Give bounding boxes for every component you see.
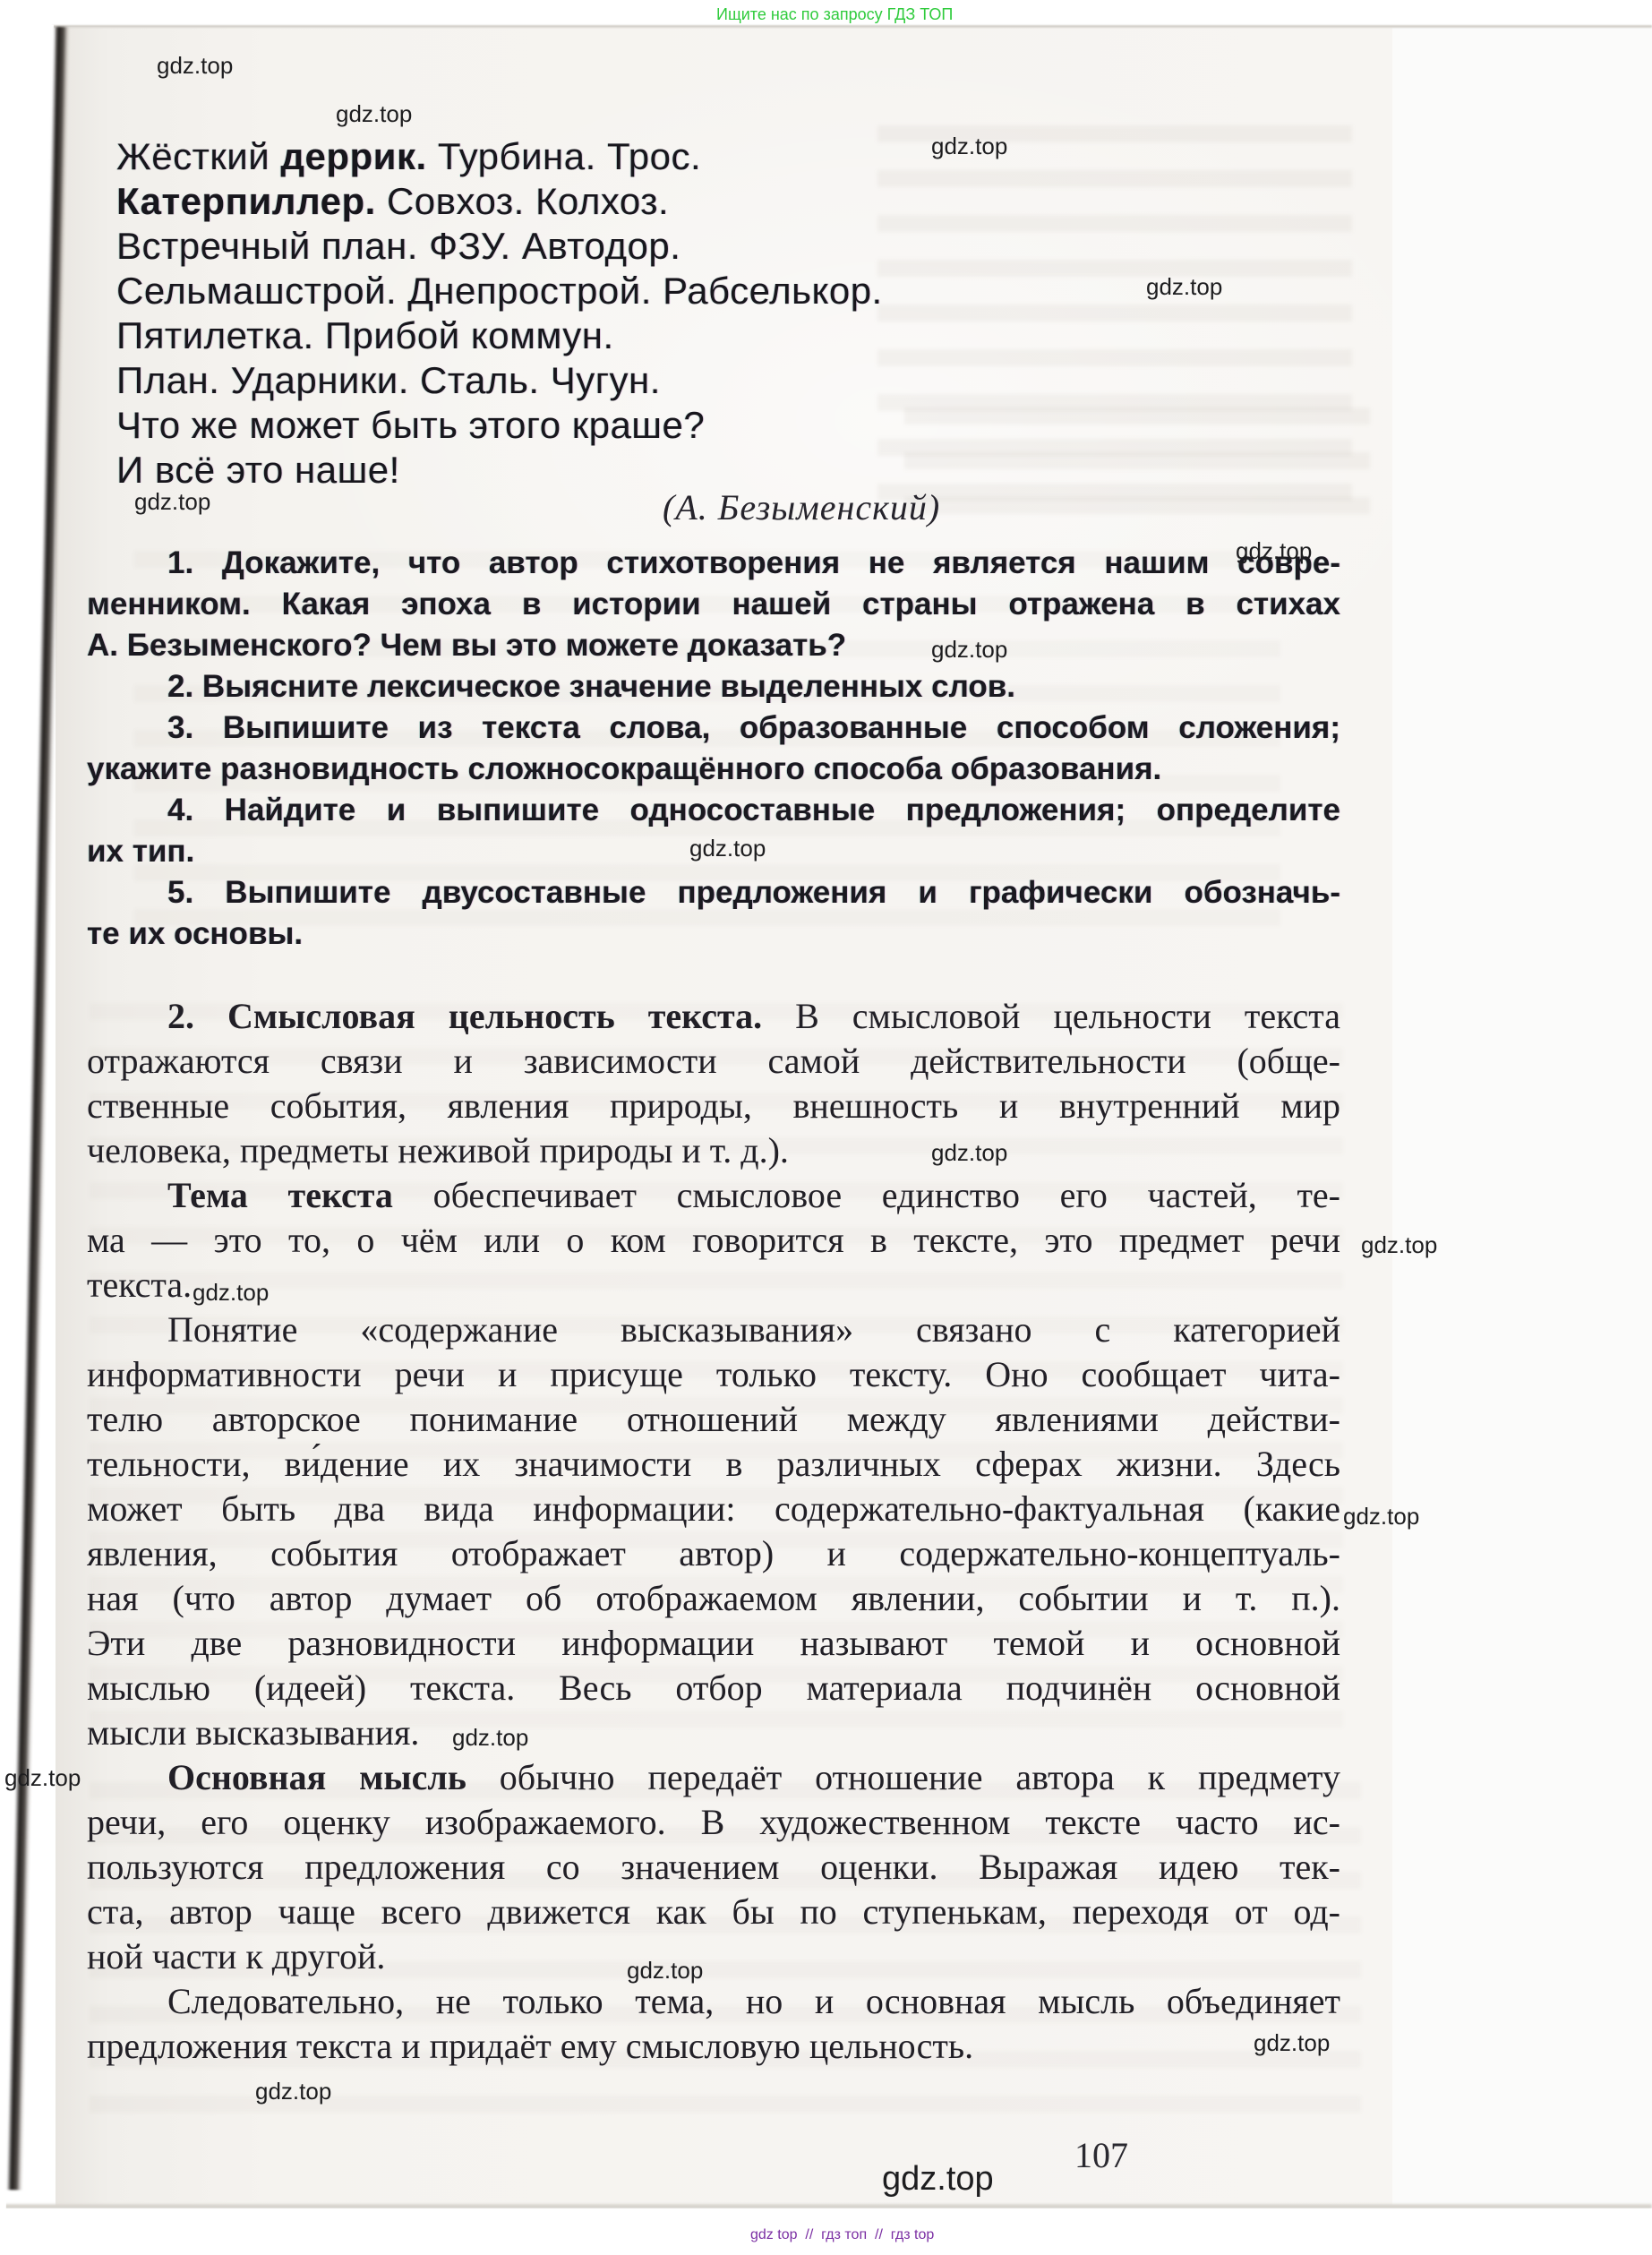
gdz-watermark: gdz.top (1343, 1503, 1419, 1530)
text-segment: мысли высказывания. (87, 1712, 419, 1753)
text-line: пользуются предложения со значением оцен… (87, 1845, 1340, 1890)
text-line: А. Безыменского? Чем вы это можете доказ… (87, 625, 1340, 666)
text-line: Эти две разновидности информации называю… (87, 1621, 1340, 1666)
poem: Жёсткий деррик. Турбина. Трос.Катерпилле… (116, 134, 1101, 493)
promo-banner: Ищите нас по запросу ГДЗ ТОП (716, 5, 953, 24)
text-segment: Найдите и выпишите односоставные предлож… (193, 793, 1340, 827)
highlighted-word: 3. (167, 710, 193, 745)
gdz-watermark: gdz.top (134, 488, 210, 516)
text-segment: явления, события отображает автор) и сод… (87, 1533, 1340, 1573)
text-line: те их основы. (87, 913, 1340, 955)
text-line: мысли высказывания. (87, 1711, 1340, 1755)
text-segment: Понятие «содержание высказывания» связан… (167, 1309, 1340, 1350)
text-line: мыслью (идеей) текста. Весь отбор матери… (87, 1666, 1340, 1711)
gdz-watermark: gdz.top (452, 1724, 528, 1752)
text-segment: обеспечивает смысловое единство его част… (393, 1175, 1340, 1215)
gdz-watermark: gdz.top (1254, 2029, 1330, 2057)
text-segment: Выпишите из текста слова, образованные с… (193, 710, 1340, 745)
text-segment: План. Ударники. Сталь. Чугун. (116, 359, 661, 401)
page-number: 107 (1074, 2134, 1128, 2176)
text-segment: А. Безыменского? Чем вы это можете доказ… (87, 628, 846, 663)
text-segment: Докажите, что автор стихотворения не явл… (193, 545, 1340, 580)
text-segment: Пятилетка. Прибой коммун. (116, 314, 614, 356)
text-segment: Что же может быть этого краше? (116, 404, 705, 446)
text-segment: Следовательно, не только тема, но и осно… (167, 1981, 1340, 2021)
text-segment: обычно передаёт отношение автора к предм… (466, 1757, 1340, 1797)
text-segment: отражаются связи и зависимости самой дей… (87, 1041, 1340, 1081)
text-line: тельности, ви́дение их значимости в разл… (87, 1442, 1340, 1487)
text-segment: ная (что автор думает об отображаемом яв… (87, 1578, 1340, 1618)
text-segment: ма — это то, о чём или о ком говорится в… (87, 1220, 1340, 1260)
text-segment: Турбина. Трос. (427, 135, 701, 177)
text-line: План. Ударники. Сталь. Чугун. (116, 358, 1101, 403)
paper-right-margin (1392, 28, 1652, 2206)
text-segment: мыслью (идеей) текста. Весь отбор матери… (87, 1668, 1340, 1708)
text-segment: пользуются предложения со значением оцен… (87, 1847, 1340, 1887)
text-line: явления, события отображает автор) и сод… (87, 1531, 1340, 1576)
gdz-watermark: gdz.top (931, 636, 1007, 664)
text-segment: И всё это наше! (116, 449, 400, 491)
text-segment: В смысловой цельности текста (762, 996, 1340, 1036)
gdz-watermark: gdz.top (255, 2078, 331, 2105)
text-line: 2. Выясните лексическое значение выделен… (87, 666, 1340, 707)
text-line: предложения текста и придаёт ему смыслов… (87, 2024, 1340, 2069)
text-line: ной части к другой. (87, 1934, 1340, 1979)
text-line: Тема текста обеспечивает смысловое единс… (87, 1173, 1340, 1218)
text-line: Сельмашстрой. Днепрострой. Рабселькор. (116, 269, 1101, 313)
gdz-watermark: gdz.top (157, 52, 233, 80)
highlighted-word: 2. (167, 669, 193, 704)
text-segment: Выясните лексическое значение выделенных… (193, 669, 1015, 704)
text-segment: человека, предметы неживой природы и т. … (87, 1130, 789, 1170)
gdz-watermark: gdz.top (931, 1139, 1007, 1167)
text-line: менником. Какая эпоха в истории нашей ст… (87, 584, 1340, 625)
text-line: человека, предметы неживой природы и т. … (87, 1128, 1340, 1173)
text-segment: ственные события, явления природы, внешн… (87, 1085, 1340, 1126)
text-segment: тельности, ви́дение их значимости в разл… (87, 1444, 1340, 1484)
gdz-watermark: gdz.top (931, 133, 1007, 160)
text-line: Понятие «содержание высказывания» связан… (87, 1308, 1340, 1352)
text-line: И всё это наше! (116, 448, 1101, 493)
text-line: Пятилетка. Прибой коммун. (116, 313, 1101, 358)
text-line: может быть два вида информации: содержат… (87, 1487, 1340, 1531)
text-segment: Сельмашстрой. Днепрострой. Рабселькор. (116, 270, 883, 312)
poem-attribution: (А. Безыменский) (663, 486, 940, 528)
text-line: 4. Найдите и выпишите односоставные пред… (87, 790, 1340, 831)
text-line: текста. (87, 1263, 1340, 1308)
scanned-textbook-page: Ищите нас по запросу ГДЗ ТОП Жёсткий дер… (0, 0, 1652, 2255)
text-segment: Выпишите двусоставные предложения и граф… (193, 875, 1340, 910)
text-segment: ста, автор чаще всего движется как бы по… (87, 1891, 1340, 1932)
gdz-watermark: gdz.top (627, 1957, 703, 1985)
text-line: 2. Смысловая цельность текста. В смыслов… (87, 994, 1340, 1039)
text-line: ственные события, явления природы, внешн… (87, 1084, 1340, 1128)
page-top-edge (52, 25, 1652, 28)
text-line: 1. Докажите, что автор стихотворения не … (87, 543, 1340, 584)
text-line: отражаются связи и зависимости самой дей… (87, 1039, 1340, 1084)
gdz-watermark: gdz.top (1361, 1231, 1437, 1259)
highlighted-word: 5. (167, 875, 193, 910)
highlighted-word: 2. Смысловая цельность текста. (167, 996, 762, 1036)
text-line: Встречный план. ФЗУ. Автодор. (116, 224, 1101, 269)
text-segment: те их основы. (87, 916, 303, 951)
text-line: Катерпиллер. Совхоз. Колхоз. (116, 179, 1101, 224)
gdz-watermark: gdz.top (1146, 273, 1222, 301)
text-line: телю авторское понимание отношений между… (87, 1397, 1340, 1442)
task-list: 1. Докажите, что автор стихотворения не … (87, 543, 1340, 955)
highlighted-word: 4. (167, 793, 193, 827)
highlighted-word: Основная мысль (167, 1757, 466, 1797)
text-segment: может быть два вида информации: содержат… (87, 1488, 1340, 1529)
text-segment: информативности речи и присуще только те… (87, 1354, 1340, 1394)
text-line: 3. Выпишите из текста слова, образованны… (87, 707, 1340, 749)
highlighted-word: Катерпиллер. (116, 180, 376, 222)
text-segment: Жёсткий (116, 135, 280, 177)
text-segment: Эти две разновидности информации называю… (87, 1623, 1340, 1663)
text-line: Следовательно, не только тема, но и осно… (87, 1979, 1340, 2024)
text-segment: Совхоз. Колхоз. (376, 180, 669, 222)
text-segment: предложения текста и придаёт ему смыслов… (87, 2026, 973, 2066)
gdz-watermark: gdz.top (4, 1764, 81, 1792)
footer-links: gdz top // гдз топ // гдз top (750, 2227, 934, 2243)
text-segment: ной части к другой. (87, 1936, 385, 1976)
text-segment: речи, его оценку изображаемого. В художе… (87, 1802, 1340, 1842)
text-line: речи, его оценку изображаемого. В художе… (87, 1800, 1340, 1845)
text-line: информативности речи и присуще только те… (87, 1352, 1340, 1397)
gdz-watermark: gdz.top (1236, 537, 1312, 565)
text-line: укажите разновидность сложносокращённого… (87, 749, 1340, 790)
gdz-watermark: gdz.top (336, 100, 412, 128)
text-segment: Встречный план. ФЗУ. Автодор. (116, 225, 680, 267)
text-line: ма — это то, о чём или о ком говорится в… (87, 1218, 1340, 1263)
highlighted-word: 1. (167, 545, 193, 580)
text-segment: менником. Какая эпоха в истории нашей ст… (87, 587, 1340, 622)
text-segment: текста. (87, 1265, 192, 1305)
text-line: 5. Выпишите двусоставные предложения и г… (87, 872, 1340, 913)
text-line: ная (что автор думает об отображаемом яв… (87, 1576, 1340, 1621)
highlighted-word: Тема текста (167, 1175, 393, 1215)
highlighted-word: деррик. (280, 135, 426, 177)
body-text: 2. Смысловая цельность текста. В смыслов… (87, 994, 1340, 2069)
gdz-watermark: gdz.top (193, 1279, 269, 1307)
text-line: ста, автор чаще всего движется как бы по… (87, 1890, 1340, 1934)
text-segment: телю авторское понимание отношений между… (87, 1399, 1340, 1439)
text-segment: укажите разновидность сложносокращённого… (87, 751, 1161, 786)
text-line: Основная мысль обычно передаёт отношение… (87, 1755, 1340, 1800)
text-line: Что же может быть этого краше? (116, 403, 1101, 448)
gdz-watermark: gdz.top (689, 835, 766, 862)
gdz-watermark: gdz.top (882, 2160, 994, 2199)
